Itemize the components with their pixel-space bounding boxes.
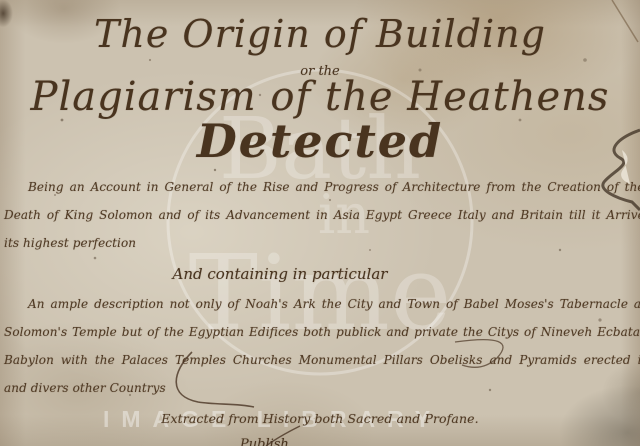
paragraph2-line2: Solomon's Temple but of the Egyptian Edi…	[4, 325, 640, 339]
closing-line: Extracted from History both Sacred and P…	[0, 411, 640, 426]
paragraph2-line3: Babylon with the Palaces Temples Churche…	[4, 353, 640, 367]
manuscript-page: Bath in Time IMAGE LIBRARY The Origin of…	[0, 0, 640, 446]
paragraph1-line1: Being an Account in General of the Rise …	[28, 180, 640, 194]
subheading: And containing in particular	[0, 265, 560, 283]
bottom-partial-line: Publish	[240, 437, 289, 446]
paragraph1-line3: its highest perfection	[4, 236, 136, 250]
paragraph2-line1: An ample description not only of Noah's …	[28, 297, 640, 311]
title-line-4: Detected	[0, 114, 640, 168]
paragraph2-line4: and divers other Countrys	[4, 381, 166, 395]
paragraph1-line2: Death of King Solomon and of its Advance…	[4, 208, 640, 222]
title-line-1: The Origin of Building	[0, 12, 640, 56]
